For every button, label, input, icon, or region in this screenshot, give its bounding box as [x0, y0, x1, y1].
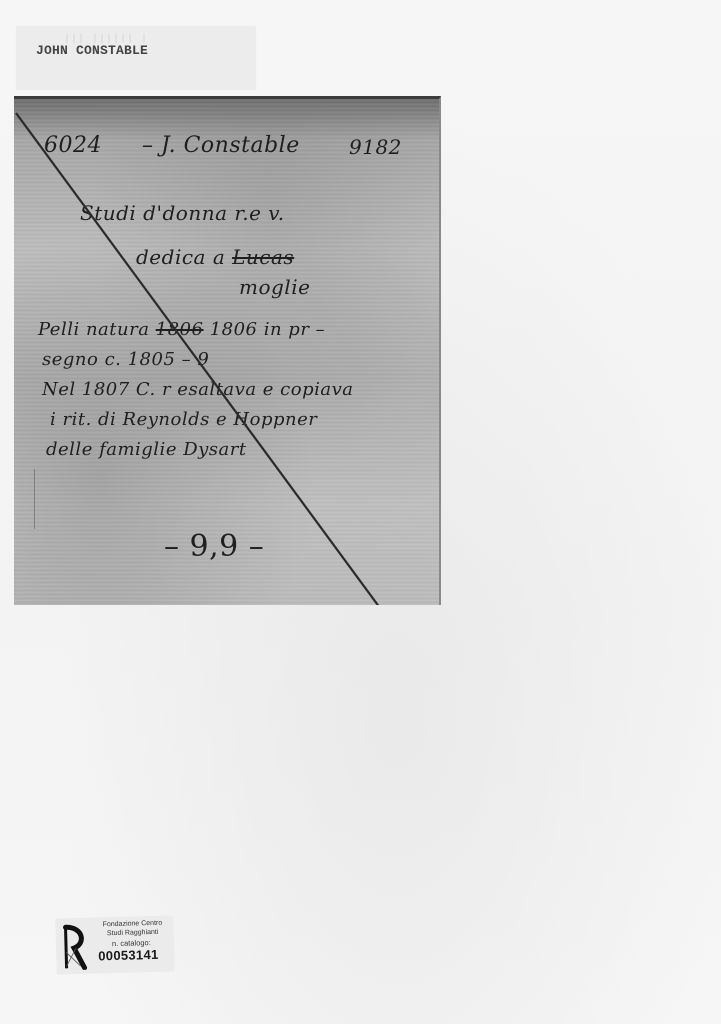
artist-label-strip: ||| |||||| | JOHN CONSTABLE [16, 26, 256, 90]
ragghianti-r-logo-icon [61, 922, 88, 971]
foundation-name: Fondazione Centro Studi Ragghianti [93, 919, 171, 939]
cancel-strike-line [14, 99, 441, 605]
artist-name-label: JOHN CONSTABLE [36, 43, 148, 58]
catalog-stamp: Fondazione Centro Studi Ragghianti n. ca… [55, 915, 174, 974]
archival-index-card: 6024 – J. Constable 9182 Studi d'donna r… [14, 96, 441, 605]
catalog-number: 00053141 [98, 947, 159, 964]
